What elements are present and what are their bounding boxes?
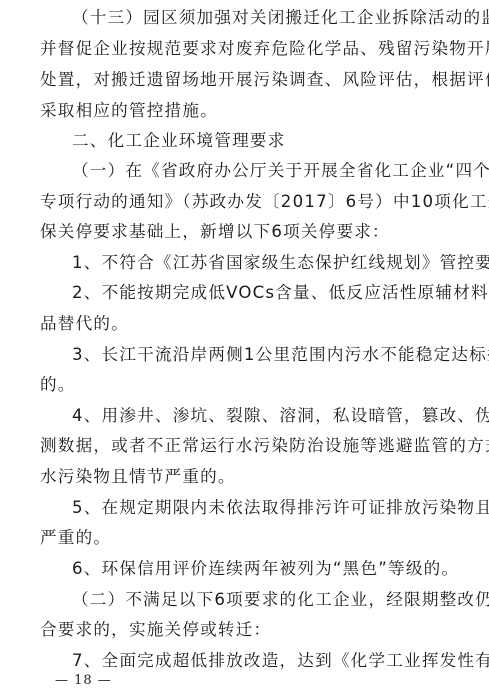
item-3-line-1: 3、长江干流沿岸两侧1公里范围内污水不能稳定达标排放 bbox=[72, 345, 489, 365]
paragraph-2-line-2: 合要求的，实施关停或转迁： bbox=[40, 620, 271, 640]
paragraph-13-line-2: 并督促企业按规范要求对废弃危险化学品、残留污染物开展清理、 bbox=[40, 39, 489, 59]
paragraph-13-line-4: 采取相应的管控措施。 bbox=[40, 101, 218, 121]
item-5-line-2: 严重的。 bbox=[40, 528, 111, 548]
paragraph-1-line-1: （一）在《省政府办公厅关于开展全省化工企业“四个一批” bbox=[72, 161, 489, 181]
paragraph-1-line-2: 专项行动的通知》（苏政办发〔2017〕6号）中10项化工企业环 bbox=[40, 192, 489, 212]
document-page: （十三）园区须加强对关闭搬迁化工企业拆除活动的监督， 并督促企业按规范要求对废弃… bbox=[0, 0, 489, 695]
item-3-line-2: 的。 bbox=[40, 375, 76, 395]
item-1: 1、不符合《江苏省国家级生态保护红线规划》管控要求的。 bbox=[72, 253, 489, 273]
paragraph-2-line-1: （二）不满足以下6项要求的化工企业，经限期整改仍不符 bbox=[72, 590, 489, 610]
item-6: 6、环保信用评价连续两年被列为“黑色”等级的。 bbox=[72, 559, 459, 579]
paragraph-13-line-3: 处置，对搬迁遗留场地开展污染调查、风险评估，根据评估结果 bbox=[40, 70, 489, 90]
item-4-line-1: 4、用渗井、渗坑、裂隙、溶洞，私设暗管，篡改、伪造监 bbox=[72, 406, 489, 426]
item-2-line-2: 品替代的。 bbox=[40, 314, 129, 334]
paragraph-13-line-1: （十三）园区须加强对关闭搬迁化工企业拆除活动的监督， bbox=[72, 8, 489, 28]
item-4-line-2: 测数据，或者不正常运行水污染防治设施等逃避监管的方式排放 bbox=[40, 436, 489, 456]
section-heading: 二、化工企业环境管理要求 bbox=[72, 131, 286, 151]
item-4-line-3: 水污染物且情节严重的。 bbox=[40, 467, 236, 487]
item-2-line-1: 2、不能按期完成低VOCs含量、低反应活性原辅材料和产 bbox=[72, 283, 489, 303]
item-5-line-1: 5、在规定期限内未依法取得排污许可证排放污染物且情节 bbox=[72, 498, 489, 518]
paragraph-1-line-3: 保关停要求基础上，新增以下6项关停要求： bbox=[40, 222, 390, 242]
item-7-line-1: 7、全面完成超低排放改造，达到《化学工业挥发性有机物 bbox=[72, 651, 489, 671]
page-number: — 18 — bbox=[55, 673, 112, 688]
